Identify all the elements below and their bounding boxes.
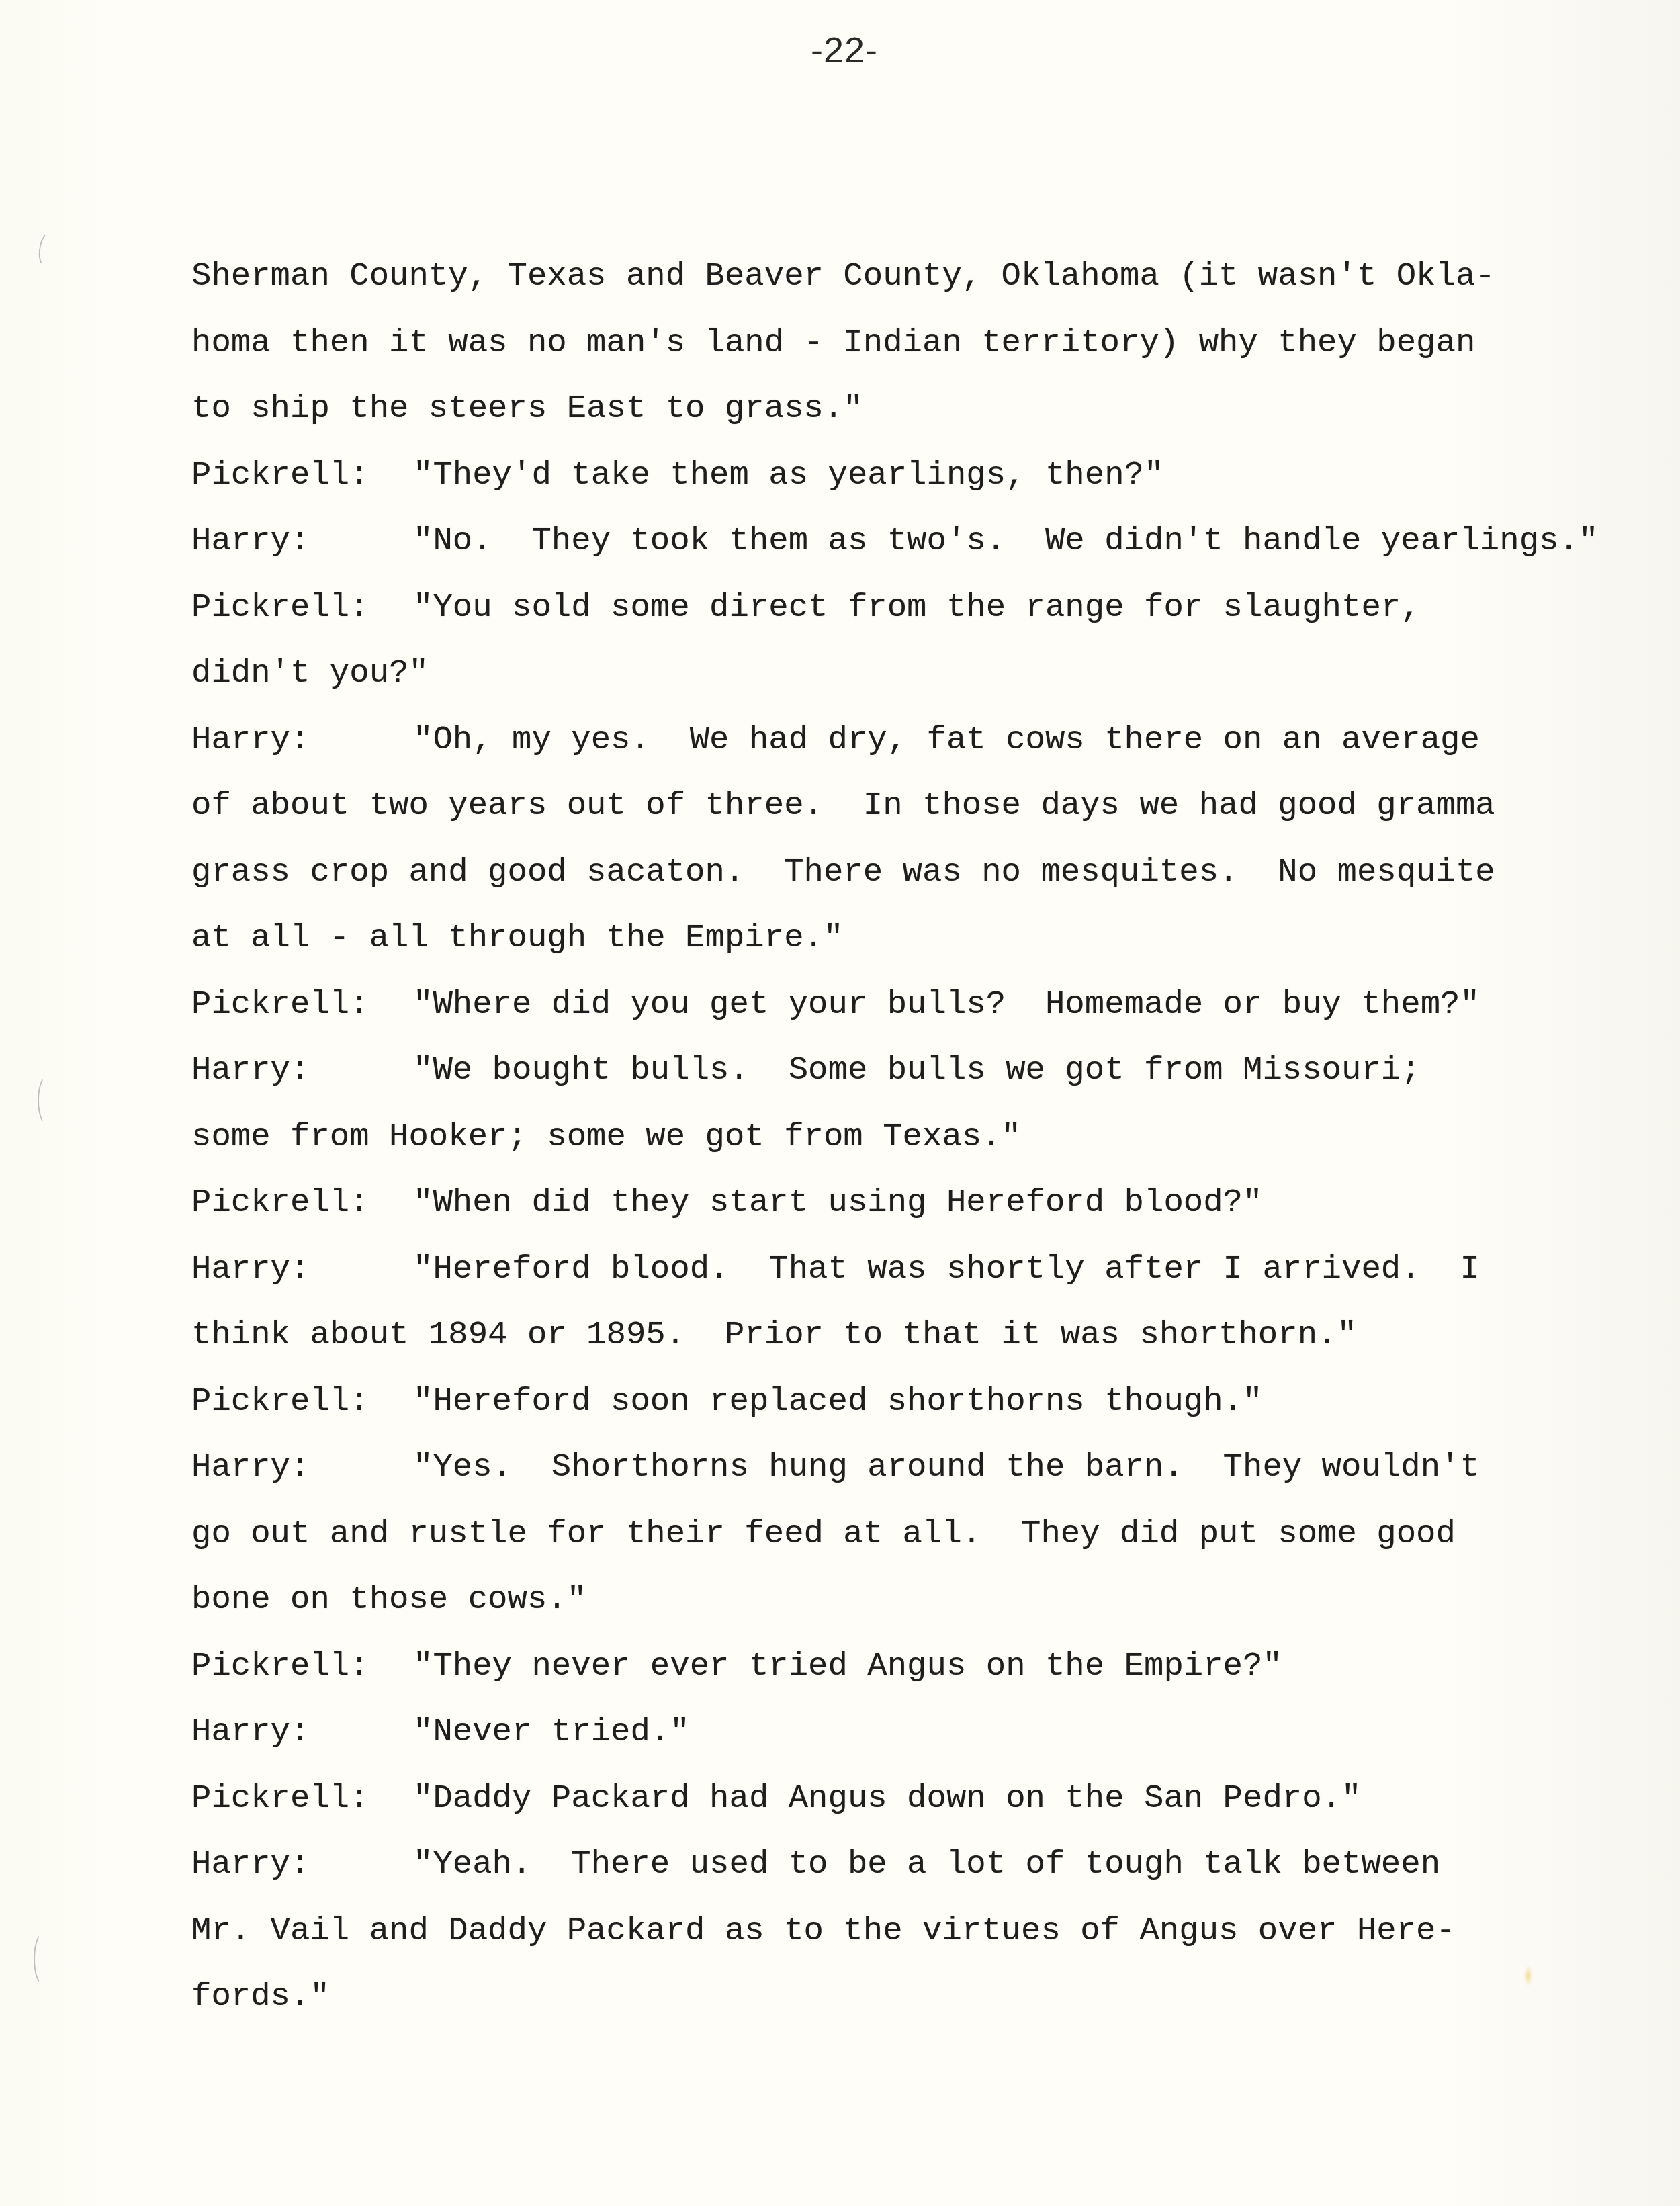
line-text: homa then it was no man's land - Indian … — [191, 324, 1475, 361]
binder-hole-mark — [36, 230, 60, 269]
continuation-line: some from Hooker; some we got from Texas… — [191, 1104, 1598, 1170]
speaker-label: Pickrell: — [191, 442, 413, 509]
dialogue-line: Pickrell:"Where did you get your bulls? … — [191, 971, 1598, 1038]
line-text: "They'd take them as yearlings, then?" — [413, 456, 1163, 494]
continuation-line: at all - all through the Empire." — [191, 905, 1598, 971]
dialogue-line: Pickrell:"They never ever tried Angus on… — [191, 1633, 1598, 1700]
dialogue-line: Harry:"Never tried." — [191, 1699, 1598, 1765]
line-text: "Hereford blood. That was shortly after … — [413, 1250, 1480, 1288]
speaker-label: Harry: — [191, 508, 413, 574]
continuation-line: think about 1894 or 1895. Prior to that … — [191, 1302, 1598, 1368]
line-text: Mr. Vail and Daddy Packard as to the vir… — [191, 1912, 1456, 1949]
line-text: "Oh, my yes. We had dry, fat cows there … — [413, 721, 1480, 758]
line-text: fords." — [191, 1978, 330, 2015]
speaker-label: Pickrell: — [191, 1368, 413, 1435]
line-text: to ship the steers East to grass." — [191, 390, 863, 427]
continuation-line: go out and rustle for their feed at all.… — [191, 1501, 1598, 1567]
line-text: "You sold some direct from the range for… — [413, 588, 1421, 626]
continuation-line: fords." — [191, 1964, 1598, 2030]
line-text: "No. They took them as two's. We didn't … — [413, 522, 1598, 560]
line-text: go out and rustle for their feed at all.… — [191, 1515, 1456, 1552]
dialogue-line: Pickrell:"They'd take them as yearlings,… — [191, 442, 1598, 509]
speaker-label: Pickrell: — [191, 1633, 413, 1700]
dialogue-line: Harry:"We bought bulls. Some bulls we go… — [191, 1037, 1598, 1104]
binder-hole-mark — [34, 1931, 55, 1986]
page-number: -22- — [811, 30, 878, 71]
dialogue-line: Harry:"No. They took them as two's. We d… — [191, 508, 1598, 574]
line-text: "We bought bulls. Some bulls we got from… — [413, 1051, 1421, 1089]
line-text: "Never tried." — [413, 1713, 690, 1751]
line-text: didn't you?" — [191, 654, 429, 692]
transcript-body: Sherman County, Texas and Beaver County,… — [191, 243, 1598, 2030]
dialogue-line: Harry:"Yes. Shorthorns hung around the b… — [191, 1434, 1598, 1501]
dialogue-line: Pickrell:"When did they start using Here… — [191, 1170, 1598, 1236]
speaker-label: Harry: — [191, 1699, 413, 1765]
line-text: bone on those cows." — [191, 1581, 586, 1618]
binder-hole-mark — [38, 1075, 58, 1126]
dialogue-line: Harry:"Oh, my yes. We had dry, fat cows … — [191, 707, 1598, 773]
dialogue-line: Harry:"Yeah. There used to be a lot of t… — [191, 1831, 1598, 1898]
line-text: "Where did you get your bulls? Homemade … — [413, 985, 1480, 1023]
speaker-label: Pickrell: — [191, 971, 413, 1038]
line-text: "Yes. Shorthorns hung around the barn. T… — [413, 1448, 1480, 1486]
continuation-line: grass crop and good sacaton. There was n… — [191, 839, 1598, 906]
speaker-label: Pickrell: — [191, 1765, 413, 1832]
line-text: grass crop and good sacaton. There was n… — [191, 853, 1495, 891]
speaker-label: Harry: — [191, 1434, 413, 1501]
line-text: think about 1894 or 1895. Prior to that … — [191, 1316, 1357, 1354]
speaker-label: Harry: — [191, 707, 413, 773]
speaker-label: Pickrell: — [191, 1170, 413, 1236]
dialogue-line: Pickrell:"Hereford soon replaced shortho… — [191, 1368, 1598, 1435]
line-text: "They never ever tried Angus on the Empi… — [413, 1647, 1282, 1685]
continuation-line: bone on those cows." — [191, 1567, 1598, 1633]
line-text: of about two years out of three. In thos… — [191, 787, 1495, 824]
line-text: Sherman County, Texas and Beaver County,… — [191, 257, 1495, 295]
line-text: "Hereford soon replaced shorthorns thoug… — [413, 1382, 1262, 1420]
line-text: "Daddy Packard had Angus down on the San… — [413, 1779, 1361, 1817]
line-text: some from Hooker; some we got from Texas… — [191, 1118, 1021, 1155]
typed-page: -22- Sherman County, Texas and Beaver Co… — [0, 0, 1680, 2206]
continuation-line: Mr. Vail and Daddy Packard as to the vir… — [191, 1898, 1598, 1964]
speaker-label: Harry: — [191, 1236, 413, 1303]
continuation-line: of about two years out of three. In thos… — [191, 773, 1598, 839]
line-text: at all - all through the Empire." — [191, 919, 843, 957]
dialogue-line: Harry:"Hereford blood. That was shortly … — [191, 1236, 1598, 1303]
speaker-label: Harry: — [191, 1037, 413, 1104]
continuation-line: homa then it was no man's land - Indian … — [191, 310, 1598, 376]
speaker-label: Harry: — [191, 1831, 413, 1898]
continuation-line: Sherman County, Texas and Beaver County,… — [191, 243, 1598, 310]
speaker-label: Pickrell: — [191, 574, 413, 641]
continuation-line: to ship the steers East to grass." — [191, 376, 1598, 442]
line-text: "Yeah. There used to be a lot of tough t… — [413, 1845, 1440, 1883]
dialogue-line: Pickrell:"You sold some direct from the … — [191, 574, 1598, 641]
dialogue-line: Pickrell:"Daddy Packard had Angus down o… — [191, 1765, 1598, 1832]
continuation-line: didn't you?" — [191, 640, 1598, 707]
line-text: "When did they start using Hereford bloo… — [413, 1184, 1262, 1221]
